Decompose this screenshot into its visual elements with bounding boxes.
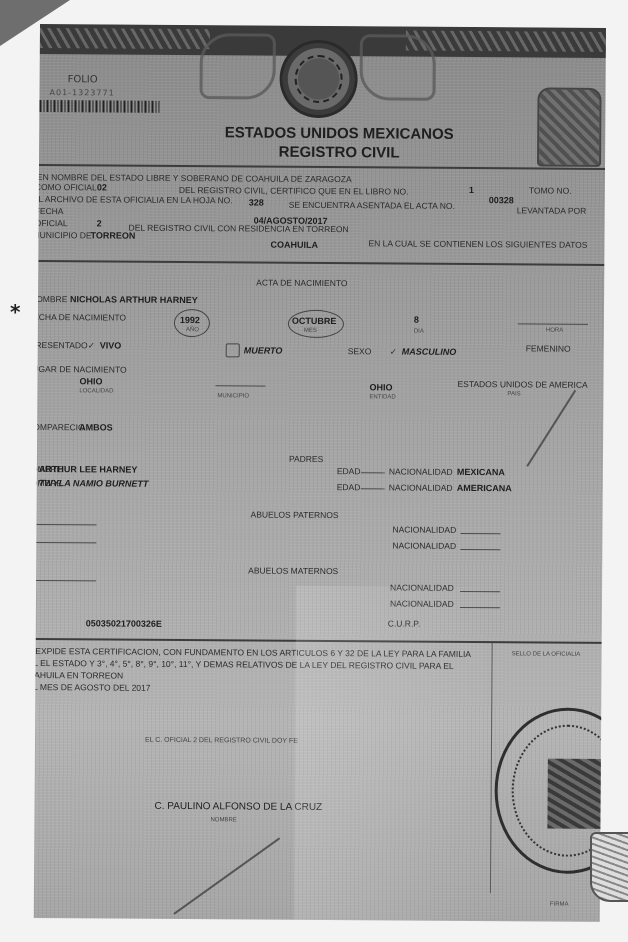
entidad-value: OHIO <box>369 382 392 392</box>
ornament-left-icon <box>199 33 275 100</box>
abuelo-paterno-line <box>34 524 97 525</box>
hora-sub: HORA <box>546 328 563 334</box>
birth-month: OCTUBRE <box>292 316 337 326</box>
abuelo-paterno-nac-line <box>460 533 500 534</box>
municipio-value: TORREON <box>90 230 135 240</box>
abuela-paterna-line <box>34 542 97 543</box>
birth-day: 8 <box>414 315 419 325</box>
abuelo-materno-nac: NACIONALIDAD <box>390 582 454 592</box>
municipio-sub: MUNICIPIO <box>217 393 249 399</box>
abuela-paterna-nac-line <box>460 549 500 550</box>
nombre-label: NOMBRE <box>34 294 68 304</box>
birth-year: 1992 <box>180 315 200 325</box>
madre-edad-line <box>361 488 385 489</box>
divider <box>38 260 604 266</box>
presentado-label: PRESENTADO <box>34 340 88 350</box>
seal-box-border <box>490 643 493 893</box>
padre-nacionalidad: MEXICANA <box>457 467 505 477</box>
seal-box-label: SELLO DE LA OFICIALIA <box>512 651 581 657</box>
padre-name: ARTHUR LEE HARNEY <box>39 464 138 475</box>
sexo-label: SEXO <box>348 346 372 356</box>
check-masculino-icon: ✓ <box>390 346 397 357</box>
hoja-number: 328 <box>249 197 264 207</box>
abuela-paterna-nac: NACIONALIDAD <box>392 540 456 550</box>
cert-line3: COAHUILA EN TORREON <box>34 670 123 681</box>
registrant-name: NICHOLAS ARTHUR HARNEY <box>70 294 198 305</box>
year-sub: AÑO <box>186 327 199 333</box>
month-sub: MES <box>304 328 317 334</box>
cert-line2: DEL EL ESTADO Y 3°, 4°, 5°, 8°, 9°, 10°,… <box>34 658 454 671</box>
padre-nac-label: NACIONALIDAD <box>389 466 453 476</box>
preamble-line5: DEL REGISTRO CIVIL CON RESIDENCIA EN TOR… <box>129 223 349 235</box>
curp-value: 05035021700326E <box>86 618 162 629</box>
municipio-label: MUNICIPIO DE <box>34 230 92 240</box>
oficial-label: OFICIAL <box>35 218 68 228</box>
estado-value: COAHUILA <box>270 240 318 250</box>
madre-edad-label: EDAD <box>337 482 361 492</box>
signature-stroke <box>173 837 280 914</box>
country-title: ESTADOS UNIDOS MEXICANOS <box>199 123 479 144</box>
curp-label: C.U.R.P. <box>388 618 421 628</box>
fecha-nacimiento-label: FECHA DE NACIMIENTO <box>34 312 126 323</box>
madre-name: TWYLA NAMIO BURNETT <box>39 478 149 489</box>
acta-section-title: ACTA DE NACIMIENTO <box>256 278 347 289</box>
divider <box>39 164 605 170</box>
birth-certificate-document: FOLIO A01-1323771 ESTADOS UNIDOS MEXICAN… <box>34 24 606 922</box>
day-sub: DIA <box>414 329 424 335</box>
madre-nac-label: NACIONALIDAD <box>389 482 453 492</box>
abuelos-maternos-title: ABUELOS MATERNOS <box>248 565 338 576</box>
lugar-label: LUGAR DE NACIMIENTO <box>34 364 127 375</box>
national-seal-icon <box>279 40 358 119</box>
padre-edad-line <box>361 472 385 473</box>
abuelo-materno-nac-line <box>460 591 500 592</box>
municipio-line <box>215 385 265 386</box>
ornament-right-icon <box>359 34 435 101</box>
muerto-option: MUERTO <box>244 345 283 355</box>
preamble-line3-rest: SE ENCUENTRA ASENTADA EL ACTA No. <box>289 200 455 211</box>
madre-nacionalidad: AMERICANA <box>457 483 512 493</box>
oficial-number-2: 2 <box>97 218 102 228</box>
abuela-materna-nac: NACIONALIDAD <box>390 598 454 608</box>
banner-pattern-left <box>40 28 210 49</box>
contents-line: EN LA CUAL SE CONTIENEN LOS SIGUIENTES D… <box>368 238 587 250</box>
levantada-label: LEVANTADA POR <box>517 205 587 215</box>
entidad-sub: ENTIDAD <box>369 394 395 400</box>
preamble-line3: EL ARCHIVO DE ESTA OFICIALIA EN LA HOJA … <box>34 194 233 205</box>
official-name-sub: NOMBRE <box>210 817 236 823</box>
pais-sub: PAIS <box>507 391 520 397</box>
abuela-materna-nac-line <box>460 607 500 608</box>
localidad-value: OHIO <box>79 376 102 386</box>
localidad-sub: LOCALIDAD <box>79 388 113 394</box>
firma-sub: FIRMA <box>550 902 569 908</box>
document-title: ESTADOS UNIDOS MEXICANOS REGISTRO CIVIL <box>199 123 479 163</box>
pen-checkmark <box>526 390 575 467</box>
banner-pattern-right <box>406 31 606 52</box>
oficial-number: 02 <box>97 182 107 192</box>
asterisk-annotation: * <box>10 300 20 324</box>
folio-number: A01-1323771 <box>49 88 114 97</box>
abuelos-paternos-title: ABUELOS PATERNOS <box>251 509 339 520</box>
divider <box>36 638 602 644</box>
muerto-checkbox <box>226 343 240 357</box>
padres-title: PADRES <box>289 454 323 464</box>
da-fe-text: EL C. OFICIAL 2 DEL REGISTRO CIVIL DOY F… <box>145 737 298 745</box>
folio-label: FOLIO <box>68 74 98 85</box>
masculino-option: MASCULINO <box>402 347 457 357</box>
preamble-oficial-label: COMO OFICIAL <box>35 182 97 192</box>
tomo-label: TOMO No. <box>529 185 572 195</box>
check-vivo-icon: ✓ <box>88 340 95 351</box>
comparecio-value: AMBOS <box>79 422 113 432</box>
cert-line4: DEL MES DE AGOSTO DEL 2017 <box>34 682 151 693</box>
cert-line1: SE EXPIDE ESTA CERTIFICACION, CON FUNDAM… <box>34 646 471 659</box>
pais-value: ESTADOS UNIDOS DE AMERICA <box>457 379 587 390</box>
state-emblem-icon <box>537 87 602 166</box>
abuelo-materno-line <box>34 580 96 581</box>
hora-line <box>518 323 588 324</box>
registry-title: REGISTRO CIVIL <box>199 142 479 163</box>
femenino-option: FEMENINO <box>526 343 571 353</box>
official-name: C. PAULINO ALFONSO DE LA CRUZ <box>155 801 323 813</box>
libro-number: 1 <box>469 185 474 195</box>
padre-edad-label: EDAD <box>337 466 361 476</box>
fecha-label: FECHA <box>35 206 64 216</box>
barcode-icon <box>39 100 159 113</box>
acta-number: 00328 <box>489 195 514 205</box>
side-emblem-icon <box>590 832 628 902</box>
vivo-option: VIVO <box>100 340 122 350</box>
comparecio-label: COMPARECIO <box>34 422 85 432</box>
abuelo-paterno-nac: NACIONALIDAD <box>392 524 456 534</box>
